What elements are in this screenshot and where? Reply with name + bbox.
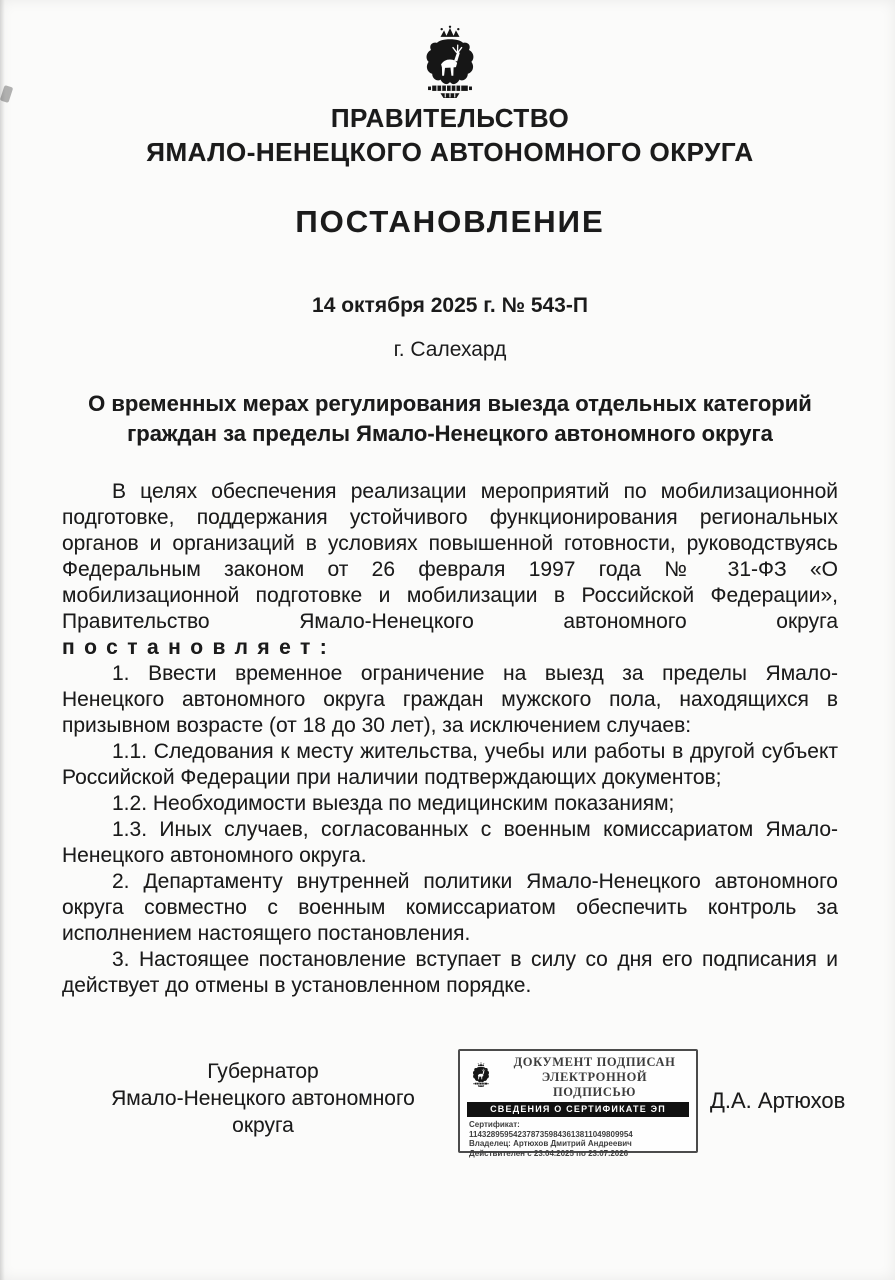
numbered-item-1-1: 1.1. Следования к месту жительства, учеб… [62,739,838,791]
decree-document-page: ПРАВИТЕЛЬСТВО ЯМАЛО-НЕНЕЦКОГО АВТОНОМНОГ… [0,0,895,1280]
preamble-paragraph: В целях обеспечения реализации мероприят… [62,479,838,635]
cert-label: Сертификат: [469,1120,687,1130]
numbered-item-1: 1. Ввести временное ограничение на выезд… [62,661,838,739]
numbered-item-1-3: 1.3. Иных случаев, согласованных с военн… [62,817,838,869]
stamp-header-text: ДОКУМЕНТ ПОДПИСАН ЭЛЕКТРОННОЙ ПОДПИСЬЮ [501,1055,688,1100]
cert-number: 1143289595423787359843613811049809954 [469,1130,687,1140]
org-name-line2: ЯМАЛО-НЕНЕЦКОГО АВТОНОМНОГО ОКРУГА [62,135,838,169]
city-line: г. Салехард [62,337,838,363]
numbered-item-2: 2. Департаменту внутренней политики Ямал… [62,869,838,947]
stamp-cert-bar: СВЕДЕНИЯ О СЕРТИФИКАТЕ ЭП [467,1102,689,1117]
esign-stamp: ДОКУМЕНТ ПОДПИСАН ЭЛЕКТРОННОЙ ПОДПИСЬЮ С… [458,1049,698,1153]
org-name-line1: ПРАВИТЕЛЬСТВО [62,101,838,135]
signature-block: Губернатор Ямало-Ненецкого автономного о… [62,1049,838,1183]
numbered-item-3: 3. Настоящее постановление вступает в си… [62,947,838,999]
signer-position-line2: Ямало-Ненецкого автономного округа [80,1085,446,1139]
stamp-coat-of-arms-icon [468,1059,494,1096]
cert-owner: Владелец: Артюхов Дмитрий Андреевич [469,1139,687,1149]
coat-of-arms-icon [62,0,838,101]
numbered-item-1-2: 1.2. Необходимости выезда по медицинским… [62,791,838,817]
signer-name: Д.А. Артюхов [710,1088,880,1114]
signer-position-line1: Губернатор [80,1058,446,1085]
cert-validity: Действителен с 23.04.2025 по 23.07.2026 [469,1149,687,1159]
stamp-cert-details: Сертификат: 1143289595423787359843613811… [460,1118,696,1160]
signer-position: Губернатор Ямало-Ненецкого автономного о… [80,1058,446,1139]
document-body: В целях обеспечения реализации мероприят… [62,479,838,999]
resolves-word: постановляет: [62,635,838,661]
stamp-header-line1: ДОКУМЕНТ ПОДПИСАН [501,1055,688,1070]
scan-artifact [0,85,13,103]
document-content: ПРАВИТЕЛЬСТВО ЯМАЛО-НЕНЕЦКОГО АВТОНОМНОГ… [62,0,838,1183]
doc-title: О временных мерах регулирования выезда о… [62,389,838,449]
doc-type-title: ПОСТАНОВЛЕНИЕ [62,202,838,242]
date-number-line: 14 октября 2025 г. № 543-П [62,293,838,319]
stamp-header-row: ДОКУМЕНТ ПОДПИСАН ЭЛЕКТРОННОЙ ПОДПИСЬЮ [460,1051,696,1100]
stamp-header-line2: ЭЛЕКТРОННОЙ ПОДПИСЬЮ [501,1070,688,1100]
